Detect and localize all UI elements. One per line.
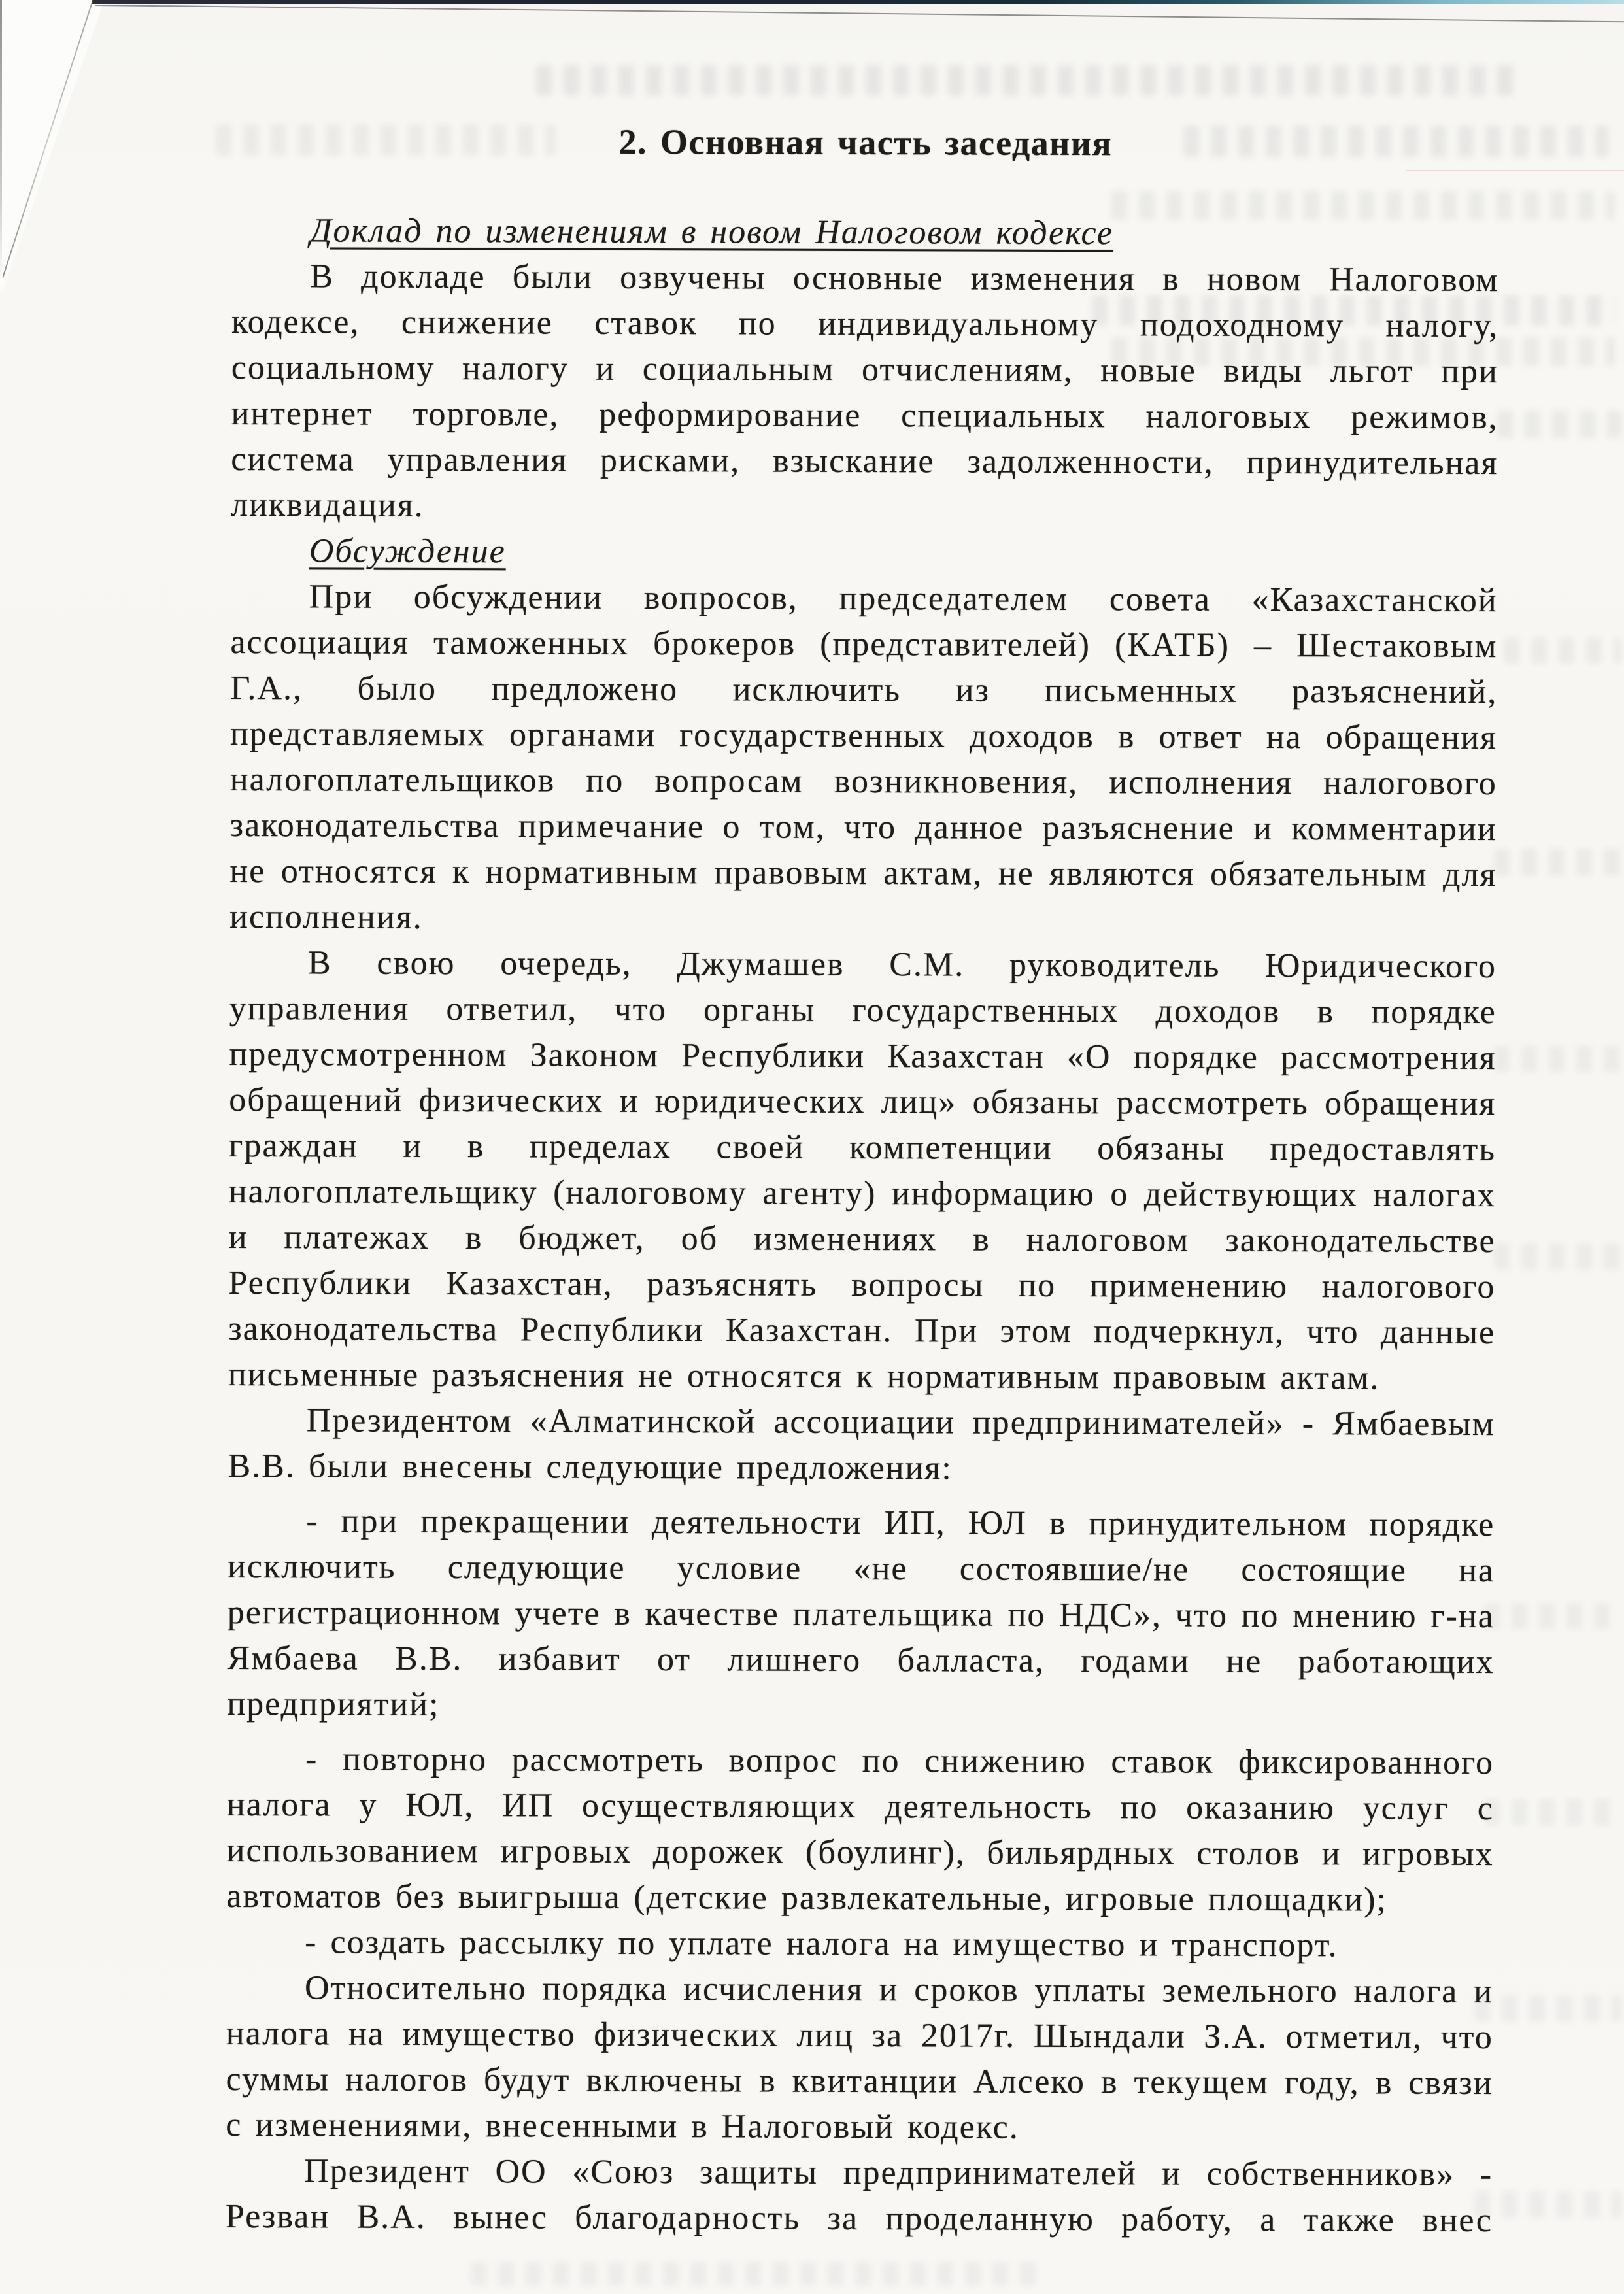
discussion-heading: Обсуждение: [231, 528, 1498, 578]
bullet-fixed-tax-rates: - повторно рассмотреть вопрос по снижени…: [226, 1736, 1494, 1923]
paragraph-dzhumashev-reply: В свою очередь, Джумашев С.М. руководите…: [228, 940, 1497, 1402]
bleed-through-ghost: [1494, 1046, 1621, 1072]
scanned-document-page: 2. Основная часть заседания Доклад по из…: [0, 0, 1624, 2294]
bleed-through-ghost: [1494, 849, 1621, 876]
page-fold-corner: [0, 0, 111, 294]
bleed-through-ghost: [1474, 2191, 1621, 2218]
bleed-through-ghost: [1474, 1995, 1621, 2021]
section-title: 2. Основная часть заседания: [232, 118, 1499, 167]
bleed-through-ghost: [1484, 1603, 1621, 1629]
paragraph-report-summary: В докладе были озвучены основные изменен…: [231, 254, 1498, 532]
paragraph-yambaev-intro: Президентом «Алматинской ассоциации пред…: [228, 1398, 1495, 1493]
document-body: 2. Основная часть заседания Доклад по из…: [226, 118, 1499, 2244]
scan-top-edge-bar: [92, 0, 1624, 4]
paragraph-shyndali-note: Относительно порядка исчисления и сроков…: [226, 1965, 1493, 2152]
bleed-through-ghost: [1494, 1243, 1621, 1270]
paragraph-rezvan-gratitude: Президент ОО «Союз защиты предпринимател…: [226, 2148, 1493, 2244]
scan-left-edge: [0, 0, 2, 281]
discussion-heading-text: Обсуждение: [309, 532, 506, 570]
bleed-through-ghost: [1504, 637, 1621, 664]
page-top-edge-line: [95, 5, 1624, 23]
bleed-through-ghost: [1497, 411, 1621, 438]
bleed-through-ghost: [536, 65, 1517, 95]
bleed-through-ghost: [1484, 1799, 1621, 1825]
bullet-mailing-list: - создать рассылку по уплате налога на и…: [226, 1919, 1493, 1969]
report-heading-text: Доклад по изменениям в новом Налоговом к…: [310, 212, 1113, 252]
paragraph-katb-proposal: При обсуждении вопросов, председателем с…: [229, 574, 1498, 944]
bleed-through-ghost: [471, 2262, 1046, 2286]
bullet-liquidation-condition: - при прекращении деятельности ИП, ЮЛ в …: [227, 1498, 1495, 1731]
report-heading: Доклад по изменениям в новом Налоговом к…: [231, 208, 1498, 258]
